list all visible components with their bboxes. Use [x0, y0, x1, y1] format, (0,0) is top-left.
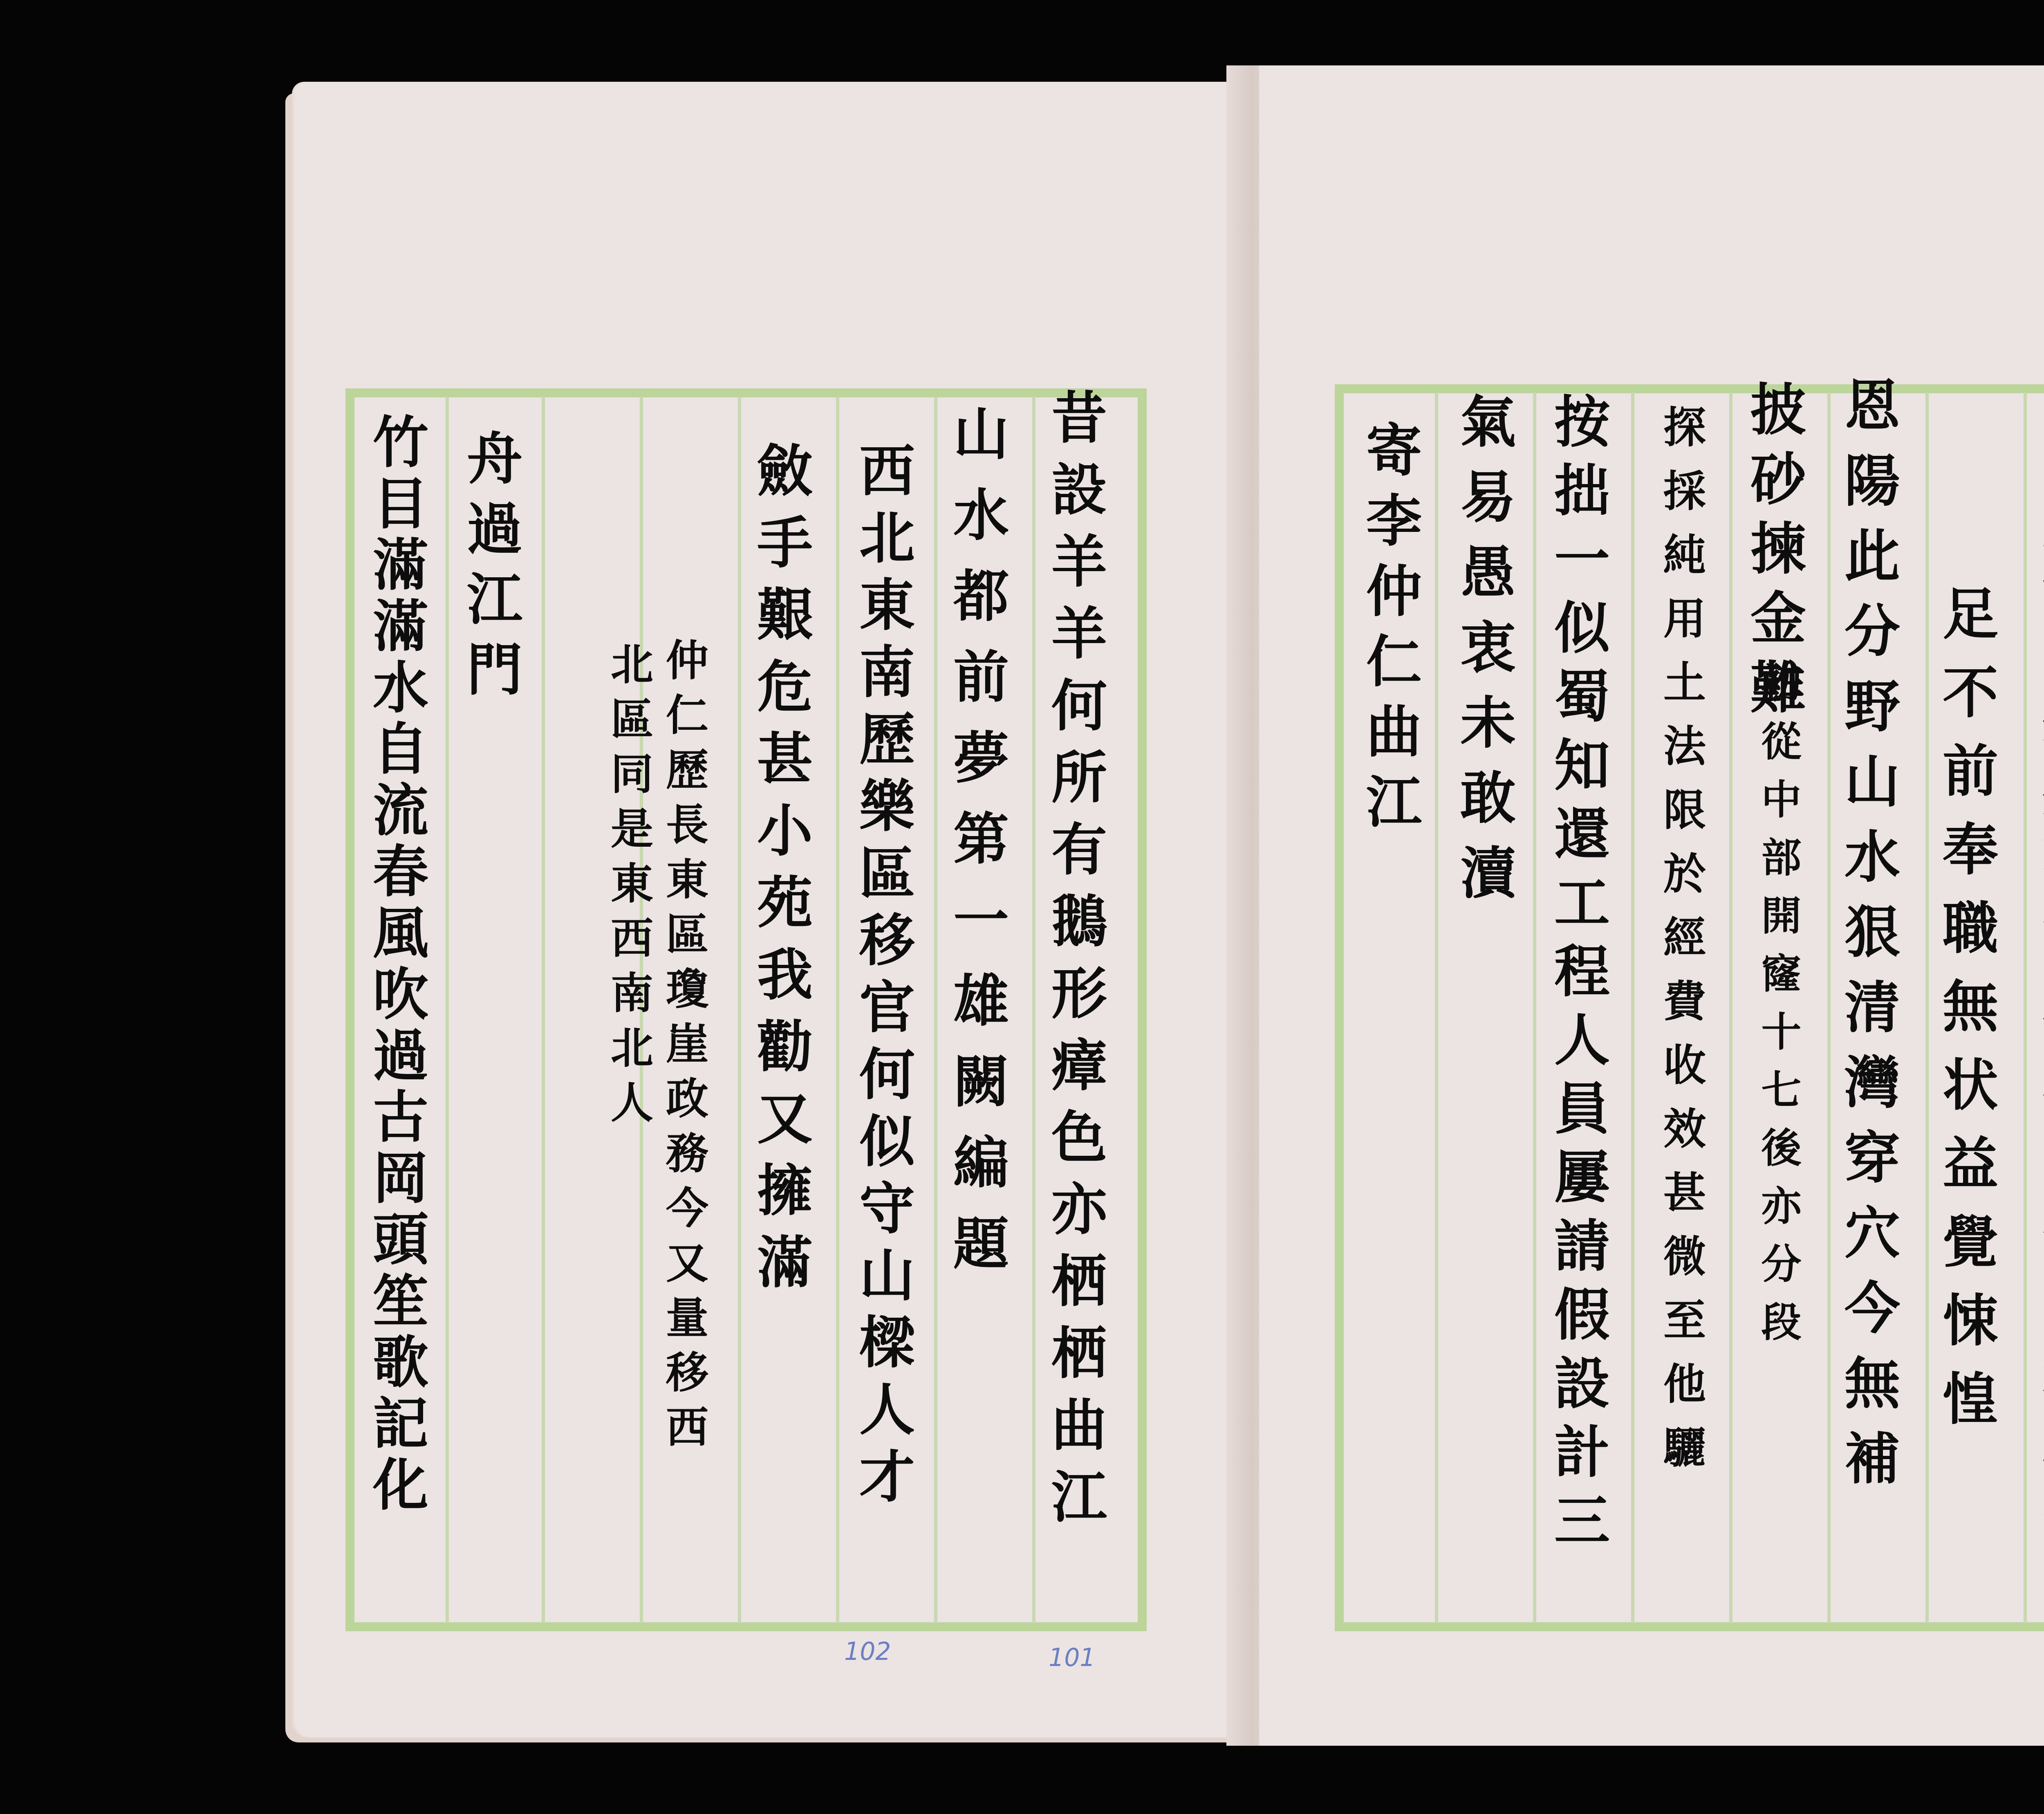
- column-rule: [738, 397, 741, 1623]
- column-rule: [446, 397, 449, 1623]
- column-rule: [1435, 392, 1438, 1623]
- column-rule: [1925, 392, 1929, 1623]
- column-rule: [1729, 392, 1732, 1623]
- column-rule: [934, 397, 937, 1623]
- column-rule: [1631, 392, 1634, 1623]
- page-number-right: 101: [1049, 1644, 1096, 1672]
- column-rule: [1032, 397, 1035, 1623]
- text-column: 足不前奉職無状益覺悚惶: [1938, 585, 1993, 1448]
- text-column: 按拙一似蜀知還工程人員屢請假設計三: [1549, 392, 1605, 1560]
- column-rule: [542, 397, 545, 1623]
- text-column: 氣易愚衷未敢瀆: [1455, 392, 1511, 919]
- text-column: 恩陽此分野山水狠清灣穿穴今無補: [1840, 376, 1895, 1505]
- text-column: 職員疾病死亡者相継任工程者衆: [2038, 540, 2044, 1570]
- annotation-column: 北區同是東西南北人: [607, 642, 650, 1135]
- column-rule: [1533, 392, 1536, 1623]
- poem-title: 寄李仲仁曲江: [1361, 421, 1417, 843]
- text-column: 西北東南歷樂區移官何似守山樑人才: [854, 442, 910, 1514]
- column-rule: [836, 397, 839, 1623]
- column-rule: [1827, 392, 1831, 1623]
- poem-title: 舟過江門: [462, 429, 518, 711]
- annotation-column: 仲仁歷長東區瓊崖政務今又量移西: [662, 638, 705, 1460]
- text-column: 斂手艱危甚小苑我勸又擁滿: [752, 442, 808, 1305]
- annotation-column: 初從中部開窿十七後亦分段: [1758, 662, 1798, 1359]
- text-column: 竹目滿滿水自流春風吹過古岡頭笙歌記化: [368, 413, 424, 1517]
- column-rule: [2024, 392, 2027, 1623]
- text-column: 山水都前夢第一雄闕編題: [948, 405, 1004, 1295]
- text-column: 探採純用土法限於經費收效甚微至他驪: [1660, 405, 1702, 1489]
- page-number-left: 102: [844, 1637, 891, 1666]
- text-column: 昔設羊羊何所有鵝形瘴色亦栖栖曲江: [1047, 388, 1102, 1540]
